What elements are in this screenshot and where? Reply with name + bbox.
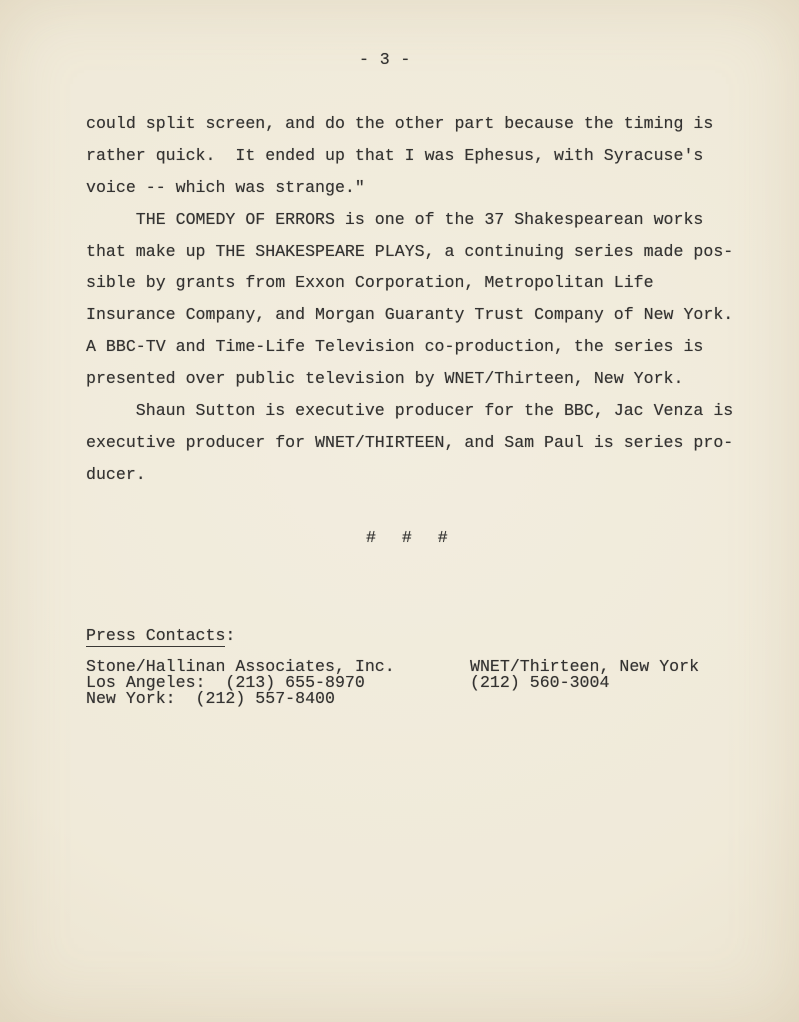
press-contacts-label: Press Contacts xyxy=(86,626,225,647)
body-line: ducer. xyxy=(86,459,733,491)
press-contacts-heading: Press Contacts: xyxy=(86,626,235,647)
end-of-text-marker: # # # xyxy=(366,528,450,547)
body-line: rather quick. It ended up that I was Eph… xyxy=(86,140,733,172)
contact-line: New York: (212) 557-8400 xyxy=(86,691,395,707)
press-contacts-colon: : xyxy=(225,626,235,645)
body-line: sible by grants from Exxon Corporation, … xyxy=(86,267,733,299)
body-line: that make up THE SHAKESPEARE PLAYS, a co… xyxy=(86,236,733,268)
document-page: - 3 - could split screen, and do the oth… xyxy=(0,0,799,1022)
body-line: voice -- which was strange." xyxy=(86,172,733,204)
contact-line: (212) 560-3004 xyxy=(470,675,699,691)
body-line: could split screen, and do the other par… xyxy=(86,108,733,140)
body-line: presented over public television by WNET… xyxy=(86,363,733,395)
body-text: could split screen, and do the other par… xyxy=(86,108,733,491)
body-line: A BBC-TV and Time-Life Television co-pro… xyxy=(86,331,733,363)
body-line: Insurance Company, and Morgan Guaranty T… xyxy=(86,299,733,331)
body-line: Shaun Sutton is executive producer for t… xyxy=(86,395,733,427)
contact-wnet-thirteen: WNET/Thirteen, New York (212) 560-3004 xyxy=(470,659,699,691)
body-line: executive producer for WNET/THIRTEEN, an… xyxy=(86,427,733,459)
contact-stone-hallinan: Stone/Hallinan Associates, Inc. Los Ange… xyxy=(86,659,395,708)
page-number: - 3 - xyxy=(359,50,411,69)
body-line: THE COMEDY OF ERRORS is one of the 37 Sh… xyxy=(86,204,733,236)
